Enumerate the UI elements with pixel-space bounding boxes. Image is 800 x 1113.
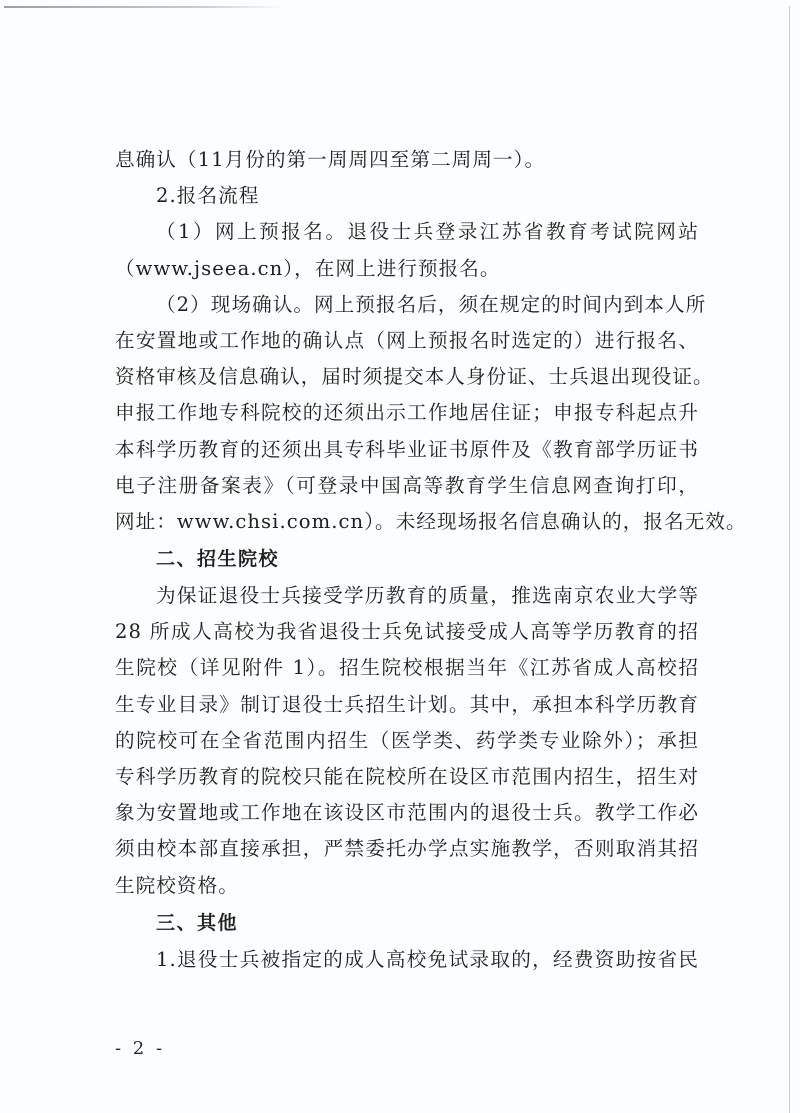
text-line: 资格审核及信息确认，届时须提交本人身份证、士兵退出现役证。 (115, 359, 699, 395)
text-line: 申报工作地专科院校的还须出示工作地居住证；申报专科起点升 (115, 395, 699, 431)
text-line: 电子注册备案表》（可登录中国高等教育学生信息网查询打印， (115, 468, 699, 504)
text-line: 息确认（11月份的第一周周四至第二周周一）。 (115, 142, 699, 178)
text-line: 网址：www.chsi.com.cn）。未经现场报名信息确认的，报名无效。 (115, 504, 699, 540)
text-line: 本科学历教育的还须出具专科毕业证书原件及《教育部学历证书 (115, 432, 699, 468)
text-line: 生院校资格。 (115, 868, 699, 904)
text-line: 1.退役士兵被指定的成人高校免试录取的，经费资助按省民 (115, 942, 699, 978)
section-3-body: 1.退役士兵被指定的成人高校免试录取的，经费资助按省民 (115, 942, 699, 978)
section-heading-3: 三、其他 (115, 904, 699, 942)
page-number: - 2 - (115, 1038, 165, 1059)
section-1-continuation: 息确认（11月份的第一周周四至第二周周一）。2.报名流程（1）网上预报名。退役士… (115, 142, 699, 540)
text-line: 生院校（详见附件 1）。招生院校根据当年《江苏省成人高校招 (115, 650, 699, 686)
text-line: （www.jseea.cn），在网上进行预报名。 (115, 251, 699, 287)
document-body: 息确认（11月份的第一周周四至第二周周一）。2.报名流程（1）网上预报名。退役士… (115, 142, 699, 978)
text-line: 专科学历教育的院校只能在院校所在设区市范围内招生，招生对 (115, 759, 699, 795)
text-line: （1）网上预报名。退役士兵登录江苏省教育考试院网站 (115, 214, 699, 250)
text-line: 为保证退役士兵接受学历教育的质量，推选南京农业大学等 (115, 578, 699, 614)
text-line: 象为安置地或工作地在该设区市范围内的退役士兵。教学工作必 (115, 795, 699, 831)
text-line: 的院校可在全省范围内招生（医学类、药学类专业除外）；承担 (115, 723, 699, 759)
text-line: 须由校本部直接承担，严禁委托办学点实施教学，否则取消其招 (115, 831, 699, 867)
text-line: （2）现场确认。网上预报名后，须在规定的时间内到本人所 (115, 287, 699, 323)
text-line: 2.报名流程 (115, 178, 699, 214)
text-line: 在安置地或工作地的确认点（网上预报名时选定的）进行报名、 (115, 323, 699, 359)
text-line: 28 所成人高校为我省退役士兵免试接受成人高等学历教育的招 (115, 614, 699, 650)
scan-right-edge (789, 6, 790, 1113)
text-line: 生专业目录》制订退役士兵招生计划。其中，承担本科学历教育 (115, 687, 699, 723)
section-heading-2: 二、招生院校 (115, 540, 699, 578)
section-2-body: 为保证退役士兵接受学历教育的质量，推选南京农业大学等28 所成人高校为我省退役士… (115, 578, 699, 904)
scan-top-edge (4, 6, 284, 8)
